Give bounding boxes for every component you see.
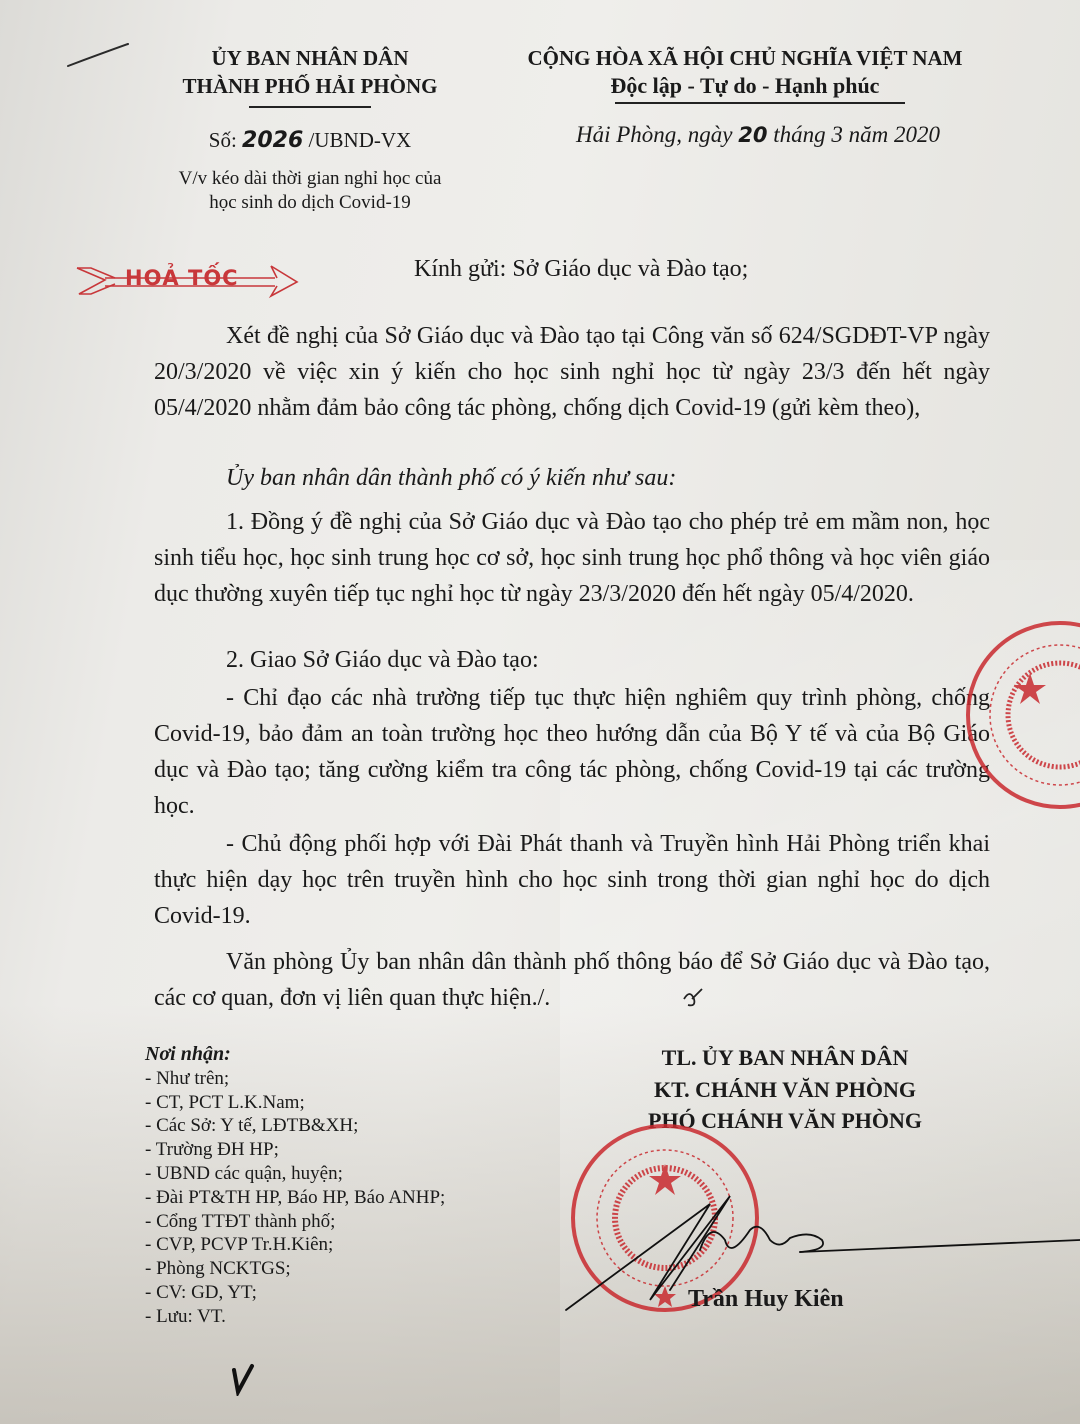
- intro-paragraph: Xét đề nghị của Sở Giáo dục và Đào tạo t…: [154, 318, 990, 426]
- initial-mark-icon: [680, 985, 710, 1009]
- recipient-item: - CV: GD, YT;: [145, 1281, 445, 1305]
- date-line: Hải Phòng, ngày 20 tháng 3 năm 2020: [548, 122, 968, 148]
- number-handwritten: 2026: [242, 128, 303, 153]
- body-item1: 1. Đồng ý đề nghị của Sở Giáo dục và Đào…: [154, 504, 990, 612]
- recipients-list: Nơi nhận: - Như trên; - CT, PCT L.K.Nam;…: [145, 1043, 445, 1329]
- recipient-item: - Đài PT&TH HP, Báo HP, Báo ANHP;: [145, 1186, 445, 1210]
- recipient-item: - CT, PCT L.K.Nam;: [145, 1091, 445, 1115]
- recipients-title: Nơi nhận:: [145, 1043, 445, 1067]
- nation-block: CỘNG HÒA XÃ HỘI CHỦ NGHĨA VIỆT NAM Độc l…: [505, 44, 985, 104]
- recipient-item: - Lưu: VT.: [145, 1305, 445, 1329]
- body-item2b: - Chủ động phối hợp với Đài Phát thanh v…: [154, 826, 990, 934]
- recipient-item: - Các Sở: Y tế, LĐTB&XH;: [145, 1114, 445, 1138]
- document-number: Số: 2026 /UBND-VX: [140, 128, 480, 153]
- subject-block: V/v kéo dài thời gian nghỉ học của học s…: [140, 167, 480, 215]
- urgent-stamp-text: HOẢ TỐC: [125, 266, 239, 290]
- date-prefix: Hải Phòng, ngày: [576, 122, 733, 147]
- recipient-item: - Cổng TTĐT thành phố;: [145, 1210, 445, 1234]
- issuer-line1: ỦY BAN NHÂN DÂN: [140, 44, 480, 72]
- closing-paragraph: Văn phòng Ủy ban nhân dân thành phố thôn…: [154, 944, 990, 1016]
- signer-line1: TL. ỦY BAN NHÂN DÂN: [600, 1042, 970, 1074]
- body-intro: Xét đề nghị của Sở Giáo dục và Đào tạo t…: [154, 318, 990, 426]
- opinion-heading: Ủy ban nhân dân thành phố có ý kiến như …: [154, 460, 990, 496]
- motto-underline: [615, 102, 905, 104]
- nation-motto: Độc lập - Tự do - Hạnh phúc: [505, 72, 985, 100]
- subject-line2: học sinh do dịch Covid-19: [140, 191, 480, 215]
- issuer-underline: [249, 106, 371, 108]
- recipient-item: - CVP, PCVP Tr.H.Kiên;: [145, 1233, 445, 1257]
- recipient-item: - Như trên;: [145, 1067, 445, 1091]
- body-item2: 2. Giao Sở Giáo dục và Đào tạo:: [154, 642, 990, 678]
- signer-name: Trần Huy Kiên: [688, 1286, 844, 1313]
- nation-line1: CỘNG HÒA XÃ HỘI CHỦ NGHĨA VIỆT NAM: [505, 44, 985, 72]
- item-2: 2. Giao Sở Giáo dục và Đào tạo:: [154, 642, 990, 678]
- item-1: 1. Đồng ý đề nghị của Sở Giáo dục và Đào…: [154, 504, 990, 612]
- item-2-a: - Chỉ đạo các nhà trường tiếp tục thực h…: [154, 680, 990, 824]
- official-seal-icon: [960, 615, 1080, 815]
- item-2-b: - Chủ động phối hợp với Đài Phát thanh v…: [154, 826, 990, 934]
- signer-line2: KT. CHÁNH VĂN PHÒNG: [600, 1074, 970, 1106]
- recipient-item: - UBND các quận, huyện;: [145, 1162, 445, 1186]
- recipient-item: - Trường ĐH HP;: [145, 1138, 445, 1162]
- pen-mark-icon: [60, 40, 150, 70]
- number-prefix: Số:: [209, 128, 237, 152]
- check-mark-icon: [228, 1362, 258, 1396]
- body-opinion: Ủy ban nhân dân thành phố có ý kiến như …: [154, 460, 990, 496]
- body-closing: Văn phòng Ủy ban nhân dân thành phố thôn…: [154, 944, 990, 1016]
- date-suffix: tháng 3 năm 2020: [773, 122, 940, 147]
- issuer-block: ỦY BAN NHÂN DÂN THÀNH PHỐ HẢI PHÒNG: [140, 44, 480, 108]
- recipient-item: - Phòng NCKTGS;: [145, 1257, 445, 1281]
- number-suffix: /UBND-VX: [309, 128, 412, 152]
- date-day-handwritten: 20: [738, 123, 767, 147]
- urgent-stamp: HOẢ TỐC: [75, 256, 300, 306]
- recipient-line: Kính gửi: Sở Giáo dục và Đào tạo;: [414, 256, 748, 283]
- body-item2a: - Chỉ đạo các nhà trường tiếp tục thực h…: [154, 680, 990, 824]
- issuer-line2: THÀNH PHỐ HẢI PHÒNG: [140, 72, 480, 100]
- subject-line1: V/v kéo dài thời gian nghỉ học của: [140, 167, 480, 191]
